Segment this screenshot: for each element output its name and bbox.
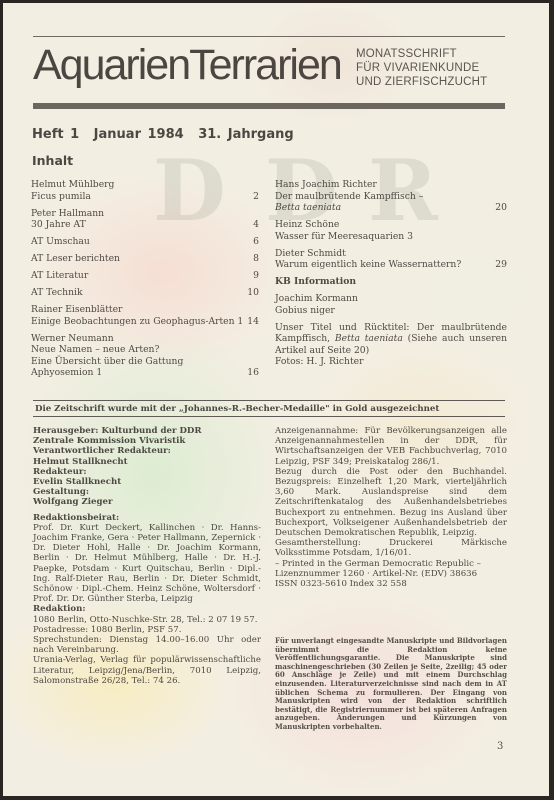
imprint-left: Herausgeber: Kulturbund der DDR Zentrale… [33, 426, 261, 686]
toc-author: Joachim Kormann [275, 293, 507, 305]
toc-title: Betta taeniata [275, 202, 507, 214]
toc-entry[interactable]: Heinz Schöne Wasser für Meeresaquarien 3 [275, 219, 507, 242]
imprint-right: Anzeigenannahme: Für Bevölkerungsanzeige… [275, 426, 507, 589]
toc-heading: Inhalt [32, 153, 73, 168]
board-label: Redaktionsbeirat: [33, 513, 261, 523]
toc-title: AT Umschau [31, 236, 259, 248]
toc-author: Werner Neumann [31, 333, 259, 345]
toc-author: Hans Joachim Richter [275, 179, 507, 191]
toc-entry[interactable]: Dieter Schmidt Warum eigentlich keine Wa… [275, 248, 507, 271]
subscription-info: Bezug durch die Post oder den Buchhandel… [275, 467, 507, 538]
office-address: 1080 Berlin, Otto-Nuschke-Str. 28, Tel.:… [33, 615, 261, 625]
award-banner: Die Zeitschrift wurde mit der „Johannes-… [33, 400, 505, 417]
chief-editor-label: Verantwortlicher Redakteur: [33, 446, 261, 456]
commission: Zentrale Kommission Vivaristik [33, 436, 261, 446]
magazine-page: D D R AquarienTerrarien MONATSSCHRIFT FÜ… [3, 3, 549, 796]
toc-title: AT Leser berichten [31, 253, 259, 265]
toc-page: 6 [253, 236, 259, 248]
publisher-label: Herausgeber: [33, 426, 98, 436]
issue-info: Heft 1 Januar 1984 31. Jahrgang [32, 127, 302, 142]
toc-author: Heinz Schöne [275, 219, 507, 231]
subtitle-line: FÜR VIVARIENKUNDE [356, 61, 487, 75]
toc-entry[interactable]: Werner Neumann Neue Namen – neue Arten? … [31, 333, 259, 379]
toc-page: 14 [247, 316, 259, 328]
toc-title: Eine Übersicht über die Gattung [31, 356, 259, 368]
toc-entry[interactable]: AT Leser berichten 8 [31, 253, 259, 265]
toc-right-column: Hans Joachim Richter Der maulbrütende Ka… [275, 179, 507, 368]
toc-page: 10 [247, 287, 259, 299]
toc-entry[interactable]: Hans Joachim Richter Der maulbrütende Ka… [275, 179, 507, 214]
cover-note: Unser Titel und Rücktitel: Der maulbrüte… [275, 322, 507, 368]
ads-info: Anzeigenannahme: Für Bevölkerungsanzeige… [275, 426, 507, 467]
designer: Wolfgang Zieger [33, 497, 261, 507]
toc-title: 30 Jahre AT [31, 219, 259, 231]
masthead-bottom-rule [33, 103, 505, 109]
editor-label: Redakteur: [33, 467, 261, 477]
toc-entry[interactable]: Helmut Mühlberg Ficus pumila 2 [31, 179, 259, 202]
toc-title: Wasser für Meeresaquarien 3 [275, 231, 507, 243]
toc-page: 2 [253, 191, 259, 203]
toc-title: Ficus pumila [31, 191, 259, 203]
toc-entry[interactable]: KB Information [275, 276, 507, 288]
issue-date: Januar 1984 [94, 127, 184, 142]
photo-credit: Fotos: H. J. Richter [275, 356, 507, 368]
toc-author: Peter Hallmann [31, 208, 259, 220]
toc-title: KB Information [275, 276, 507, 288]
toc-page: 9 [253, 270, 259, 282]
toc-page: 4 [253, 219, 259, 231]
masthead-top-rule [33, 36, 505, 37]
toc-title: AT Technik [31, 287, 259, 299]
toc-entry[interactable]: AT Technik 10 [31, 287, 259, 299]
editorial-board: Prof. Dr. Kurt Deckert, Kallinchen · Dr.… [33, 523, 261, 605]
toc-title: AT Literatur [31, 270, 259, 282]
magazine-title: AquarienTerrarien [33, 44, 341, 87]
issue-volume: 31. Jahrgang [198, 127, 293, 142]
toc-title: Aphyosemion 1 [31, 367, 259, 379]
office-hours: Sprechstunden: Dienstag 14.00–16.00 Uhr … [33, 635, 261, 655]
toc-entry[interactable]: Peter Hallmann 30 Jahre AT 4 [31, 208, 259, 231]
issue-number: Heft 1 [32, 127, 79, 142]
toc-entry[interactable]: AT Literatur 9 [31, 270, 259, 282]
magazine-subtitle: MONATSSCHRIFT FÜR VIVARIENKUNDE UND ZIER… [356, 47, 487, 89]
publisher: Kulturbund der DDR [101, 426, 201, 436]
toc-page: 16 [247, 367, 259, 379]
cover-note-species: Betta taeniata [335, 333, 403, 344]
toc-entry[interactable]: Joachim Kormann Gobius niger [275, 293, 507, 316]
toc-entry[interactable]: Rainer Eisenblätter Einige Beobachtungen… [31, 304, 259, 327]
toc-title: Neue Namen – neue Arten? [31, 344, 259, 356]
license-info: Lizenznummer 1260 · Artikel-Nr. (EDV) 38… [275, 569, 507, 579]
toc-title: Gobius niger [275, 305, 507, 317]
page-number: 3 [497, 741, 503, 752]
toc-author: Dieter Schmidt [275, 248, 507, 260]
toc-page: 8 [253, 253, 259, 265]
manuscript-notice: Für unverlangt eingesandte Manuskripte u… [275, 637, 507, 732]
chief-editor: Helmut Stallknecht [33, 457, 261, 467]
toc-entry[interactable]: AT Umschau 6 [31, 236, 259, 248]
toc-left-column: Helmut Mühlberg Ficus pumila 2 Peter Hal… [31, 179, 259, 384]
toc-title: Einige Beobachtungen zu Geophagus-Arten … [31, 316, 259, 328]
toc-page: 20 [495, 202, 507, 214]
printed-in: – Printed in the German Democratic Repub… [275, 559, 507, 569]
toc-title: Der maulbrütende Kampffisch – [275, 191, 507, 203]
toc-page: 29 [495, 259, 507, 271]
subtitle-line: UND ZIERFISCHZUCHT [356, 75, 487, 89]
publisher-house: Urania-Verlag, Verlag für populärwissens… [33, 655, 261, 686]
toc-author: Rainer Eisenblätter [31, 304, 259, 316]
issn-info: ISSN 0323-5610 Index 32 558 [275, 579, 507, 589]
subtitle-line: MONATSSCHRIFT [356, 47, 487, 61]
printing-info: Gesamtherstellung: Druckerei Märkische V… [275, 538, 507, 558]
editor: Evelin Stallknecht [33, 477, 261, 487]
design-label: Gestaltung: [33, 487, 261, 497]
postal-address: Postadresse: 1080 Berlin, PSF 57. [33, 625, 261, 635]
toc-author: Helmut Mühlberg [31, 179, 259, 191]
toc-title: Warum eigentlich keine Wassernattern? [275, 259, 507, 271]
office-label: Redaktion: [33, 604, 261, 614]
